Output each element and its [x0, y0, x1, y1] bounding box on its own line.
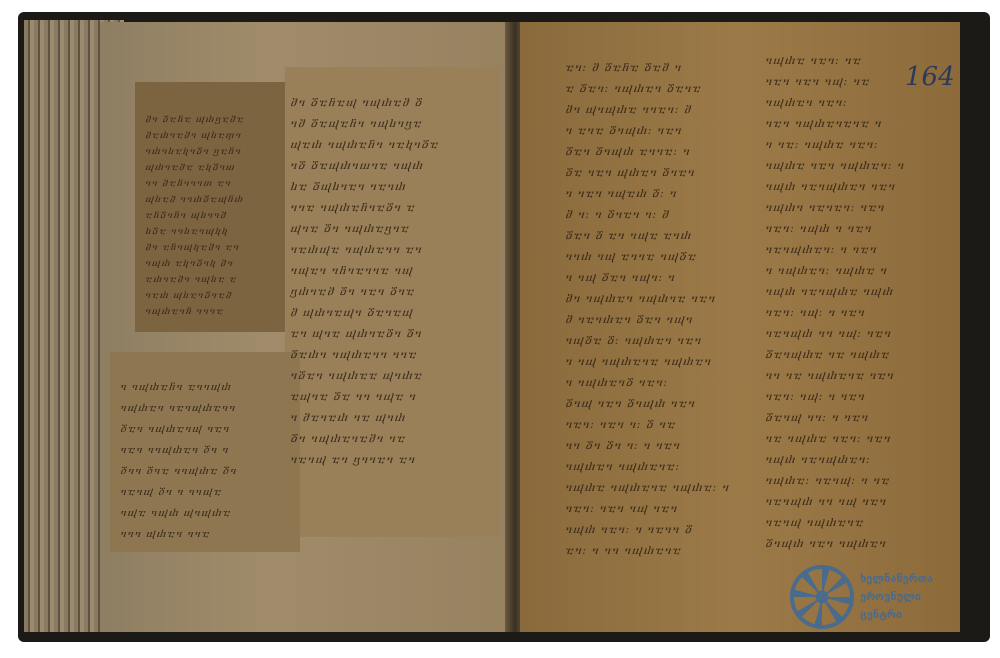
watermark-line-3: ცენტრი	[860, 606, 933, 624]
watermark-line-2: ეროვნული	[860, 588, 933, 606]
manuscript-text-column-2: ⴈⴓⴐⴀ ⴈⴀⴈ: ⴈⴀ ⴈⴀⴈ ⴈⴀⴈ ⴈⴓ: ⴈⴀ ⴈⴓⴐⴀⴈ ⴈⴀⴈ: ⴈ…	[765, 50, 905, 554]
manuscript-text: ⴈ ⴈⴓⴐⴀⴌⴈ ⴀⴈⴈⴓⴐ ⴈⴓⴐⴀⴈ ⴈⴀⴈⴓⴐⴀⴈⴈ ⴃⴀⴈ ⴈⴓⴐⴀⴈⴓ…	[120, 377, 237, 545]
folio-number: 164	[905, 62, 955, 92]
manuscript-text: ⴋⴈ ⴃⴀⴌⴀⴓ ⴈⴓⴐⴀⴋ ⴃ ⴈⴋ ⴃⴀⴓⴀⴌⴈ ⴈⴓⴑⴈⴂⴀ ⴓⴀⴐ ⴈⴓ…	[290, 92, 439, 470]
right-page: ⴀⴈ: ⴋ ⴃⴀⴌⴀ ⴃⴀⴋ ⴈ ⴀ ⴃⴀⴈ: ⴈⴓⴐⴀⴈ ⴃⴀⴈⴀ ⴋⴈ ⴓⴈ…	[520, 22, 960, 632]
watermark-logo: ხელნაწერთა ეროვნული ცენტრი	[790, 565, 933, 629]
watermark-line-1: ხელნაწერთა	[860, 570, 933, 588]
manuscript-text: ⴋⴈ ⴃⴀⴌⴀ ⴓⴐⴂⴀⴋⴀ ⴋⴀⴐⴈⴀⴋⴈ ⴓⴑⴀⴅⴈ ⴈⴐⴈⴑⴀⴉⴈⴃⴈ ⴂ…	[145, 112, 244, 320]
rosette-icon	[790, 565, 854, 629]
left-page: ⴋⴈ ⴃⴀⴌⴀ ⴓⴐⴂⴀⴋⴀ ⴋⴀⴐⴈⴀⴋⴈ ⴓⴑⴀⴅⴈ ⴈⴐⴈⴑⴀⴉⴈⴃⴈ ⴂ…	[100, 22, 512, 632]
manuscript-text-column-1: ⴀⴈ: ⴋ ⴃⴀⴌⴀ ⴃⴀⴋ ⴈ ⴀ ⴃⴀⴈ: ⴈⴓⴐⴀⴈ ⴃⴀⴈⴀ ⴋⴈ ⴓⴈ…	[565, 57, 730, 561]
